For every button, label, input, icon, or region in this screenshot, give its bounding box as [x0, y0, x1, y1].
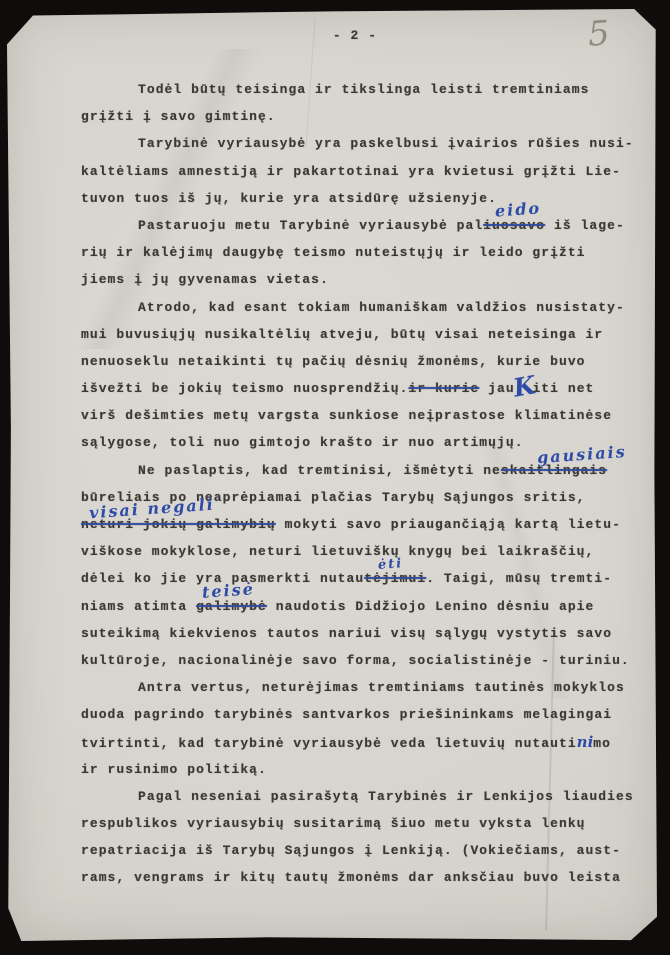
typed-text: Todėl būtų teisinga ir tikslinga leisti …	[138, 82, 589, 97]
typed-text: Tarybinė vyriausybė yra paskelbusi įvair…	[138, 136, 634, 151]
typed-text: mui buvusiųjų nusikaltėlių atveju, būtų …	[81, 327, 603, 342]
text-line: Antra vertus, neturėjimas tremtiniams ta…	[81, 674, 641, 701]
typed-text: viškose mokyklose, neturi lietuviškų kny…	[81, 544, 594, 559]
page-number: - 2 -	[81, 28, 629, 43]
typed-text: iš lage-	[545, 218, 625, 233]
text-line: tvirtinti, kad tarybinė vyriausybė veda …	[81, 729, 641, 756]
typed-text: Atrodo, kad esant tokiam humaniškam vald…	[138, 300, 625, 315]
typed-text: . Taigi, mūsų tremti-	[426, 571, 612, 586]
typed-text: niams atimta	[81, 599, 196, 614]
typed-text: mokyti savo priaugančiąją kartą lietu-	[276, 517, 621, 532]
text-line: ir rusinimo politiką.	[81, 756, 641, 783]
text-line: niams atimta galimybėteisė naudotis Didž…	[81, 593, 641, 620]
text-line: Tarybinė vyriausybė yra paskelbusi įvair…	[81, 130, 641, 157]
typed-text: rių ir kalėjimų daugybę teismo nuteistųj…	[81, 245, 586, 260]
handwritten-annotation: eido	[495, 200, 542, 219]
text-line: respublikos vyriausybių susitarimą šiuo …	[81, 810, 641, 837]
handwritten-text: ni	[577, 733, 594, 751]
text-line: rių ir kalėjimų daugybę teismo nuteistųj…	[81, 239, 641, 266]
handwritten-annotation: gausiais	[536, 444, 627, 466]
typed-text: kultūroje, nacionalinėje savo forma, soc…	[81, 653, 630, 668]
typed-text: kaltėliams amnestiją ir pakartotinai yra…	[81, 164, 621, 179]
typed-text: naudotis Didžiojo Lenino dėsniu apie	[267, 599, 595, 614]
typed-text: grįžti į savo gimtinę.	[81, 109, 276, 124]
typed-text: Antra vertus, neturėjimas tremtiniams ta…	[138, 680, 625, 695]
typed-text: Ne paslaptis, kad tremtinisi, išmėtyti n…	[138, 463, 501, 478]
text-line: išvežti be jokių teismo nuosprendžių.ir …	[81, 375, 641, 402]
typed-text: nenuoseklu netaikinti tų pačių dėsnių žm…	[81, 354, 586, 369]
text-line: nenuoseklu netaikinti tų pačių dėsnių žm…	[81, 348, 641, 375]
text-line: repatriacija iš Tarybų Sąjungos į Lenkij…	[81, 837, 641, 864]
struck-text: tėjimuiėti	[364, 571, 426, 586]
text-line: kultūroje, nacionalinėje savo forma, soc…	[81, 647, 641, 674]
struck-text: galimybėteisė	[196, 599, 267, 614]
text-line: dėlei ko jie yra pasmerkti nutautėjimuiė…	[81, 565, 641, 592]
typed-text: jau	[479, 381, 514, 396]
typed-text: respublikos vyriausybių susitarimą šiuo …	[81, 816, 586, 831]
typed-text: išvežti be jokių teismo nuosprendžių.	[81, 381, 409, 396]
text-line: Ne paslaptis, kad tremtinisi, išmėtyti n…	[81, 457, 641, 484]
text-line: jiems į jų gyvenamas vietas.	[81, 266, 641, 293]
typed-text: tvirtinti, kad tarybinė vyriausybė veda …	[81, 736, 577, 751]
text-line: Pagal neseniai pasirašytą Tarybinės ir L…	[81, 783, 641, 810]
typed-text: jiems į jų gyvenamas vietas.	[81, 272, 329, 287]
typed-text: virš dešimties metų vargsta sunkiose neį…	[81, 408, 612, 423]
struck-text: ir kurie	[409, 381, 480, 396]
text-line: rams, vengrams ir kitų tautų žmonėms dar…	[81, 864, 641, 891]
text-line: viškose mokyklose, neturi lietuviškų kny…	[81, 538, 641, 565]
struck-text: neturi jokių galimybiųvisai negali	[81, 517, 276, 532]
text-line: tuvon tuos iš jų, kurie yra atsidūrę užs…	[81, 185, 641, 212]
text-line: duoda pagrindo tarybinės santvarkos prie…	[81, 701, 641, 728]
handwritten-page-number: 5	[587, 13, 612, 54]
typed-text: tuvon tuos iš jų, kurie yra atsidūrę užs…	[81, 191, 497, 206]
handwritten-annotation: teisė	[202, 581, 256, 601]
typed-text: repatriacija iš Tarybų Sąjungos į Lenkij…	[81, 843, 621, 858]
struck-text: iuosavoeido	[483, 218, 545, 233]
typed-text: mo	[593, 736, 611, 751]
text-line: Atrodo, kad esant tokiam humaniškam vald…	[81, 294, 641, 321]
handwritten-annotation: ėti	[378, 558, 404, 573]
text-line: virš dešimties metų vargsta sunkiose neį…	[81, 402, 641, 429]
text-line: grįžti į savo gimtinę.	[81, 103, 641, 130]
text-line: neturi jokių galimybiųvisai negali mokyt…	[81, 511, 641, 538]
struck-text: skaitlingaisgausiais	[501, 463, 607, 478]
typed-text: sąlygose, toli nuo gimtojo krašto ir nuo…	[81, 435, 524, 450]
typed-text: suteikimą kiekvienos tautos nariui visų …	[81, 626, 612, 641]
typed-text: rams, vengrams ir kitų tautų žmonėms dar…	[81, 870, 621, 885]
text-line: suteikimą kiekvienos tautos nariui visų …	[81, 620, 641, 647]
typed-text: Pastaruoju metu Tarybinė vyriausybė pal	[138, 218, 483, 233]
text-line: mui buvusiųjų nusikaltėlių atveju, būtų …	[81, 321, 641, 348]
typed-text: Pagal neseniai pasirašytą Tarybinės ir L…	[138, 789, 634, 804]
typed-text: iti net	[532, 381, 594, 396]
text-line: Todėl būtų teisinga ir tikslinga leisti …	[81, 76, 641, 103]
typed-text: ir rusinimo politiką.	[81, 762, 267, 777]
text-line: kaltėliams amnestiją ir pakartotinai yra…	[81, 158, 641, 185]
typed-text: duoda pagrindo tarybinės santvarkos prie…	[81, 707, 612, 722]
document-lines: Todėl būtų teisinga ir tikslinga leisti …	[81, 76, 641, 892]
text-line: Pastaruoju metu Tarybinė vyriausybė pali…	[81, 212, 641, 239]
